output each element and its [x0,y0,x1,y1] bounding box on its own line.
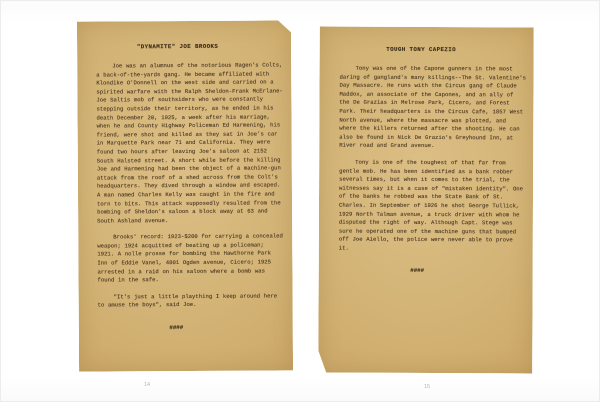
manuscript-page-left: "DYNAMITE" JOE BROOKS Joe was an alumnus… [77,20,293,371]
page-number-right: 15 [424,384,430,390]
page-left-paragraph-2: Brooks' record: 1923-$200 for carrying a… [97,233,284,286]
manuscript-page-right: TOUGH TONY CAPEZIO Tony was one of the C… [318,27,534,374]
scanned-document-canvas: "DYNAMITE" JOE BROOKS Joe was an alumnus… [0,0,600,402]
page-left-paragraph-3: "It's just a little plaything I keep aro… [98,292,285,310]
page-left-end-mark: #### [98,324,255,332]
page-number-left: 14 [144,382,150,388]
page-left-title: "DYNAMITE" JOE BROOKS [96,43,259,51]
page-right-content: TOUGH TONY CAPEZIO Tony was one of the C… [319,27,534,275]
page-left-paragraph-1: Joe was an alumnus of the notorious Rage… [96,61,284,225]
page-left-content: "DYNAMITE" JOE BROOKS Joe was an alumnus… [77,20,293,331]
page-left-body: Joe was an alumnus of the notorious Rage… [96,61,285,310]
page-right-end-mark: #### [339,267,496,275]
page-right-paragraph-2: Tony is one of the toughest of that far … [339,159,526,254]
page-right-title: TOUGH TONY CAPEZIO [340,46,503,54]
page-right-body: Tony was one of the Capone gunners in th… [339,65,527,254]
page-right-paragraph-1: Tony was one of the Capone gunners in th… [339,65,526,152]
